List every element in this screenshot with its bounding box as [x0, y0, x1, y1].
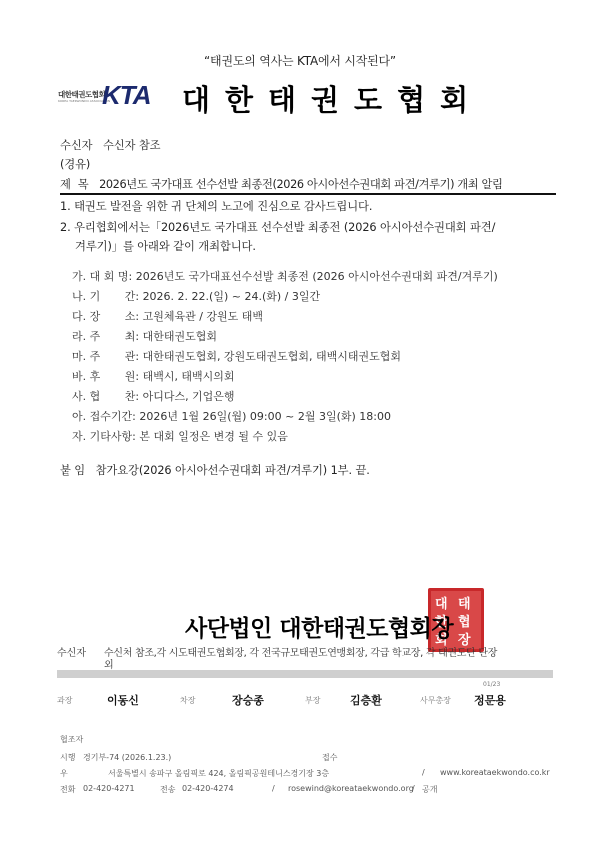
- fax-label: 전송: [160, 784, 175, 795]
- recipients-line-1: 수신처 참조,각 시도태권도협회장, 각 전국규모태권도연맹회장, 각급 학교장…: [104, 644, 497, 659]
- slogan: “태권도의 역사는 KTA에서 시작된다”: [0, 52, 600, 69]
- approval-role: 과장: [57, 695, 72, 706]
- approval-name: 김층환: [350, 692, 382, 708]
- separator: /: [272, 784, 275, 793]
- recipient-label: 수신자: [60, 139, 92, 152]
- phone-label: 전화: [60, 784, 75, 795]
- via-line: (경유): [60, 156, 90, 172]
- disclosure-status: 공개: [422, 784, 437, 795]
- postal-label: 우: [60, 768, 68, 779]
- enforcement-label: 시행: [60, 752, 75, 763]
- list-item: 다. 장 소: 고원체육관 / 강원도 태백: [72, 308, 263, 324]
- list-item: 나. 기 간: 2026. 2. 22.(일) ~ 24.(화) / 3일간: [72, 288, 320, 304]
- org-title: 대한태권도협회: [182, 78, 483, 119]
- subject-value: 2026년도 국가대표 선수선발 최종전(2026 아시아선수권대회 파견/겨루…: [99, 178, 502, 191]
- attachment-value: 참가요강(2026 아시아선수권대회 파견/겨루기) 1부. 끝.: [96, 464, 370, 477]
- approval-name: 이동신: [107, 692, 139, 708]
- subject-line: 제 목 2026년도 국가대표 선수선발 최종전(2026 아시아선수권대회 파…: [60, 176, 556, 195]
- paragraph-2-cont: 겨루기)」를 아래와 같이 개최합니다.: [75, 238, 256, 254]
- paragraph-2: 2. 우리협회에서는「2026년도 국가대표 선수선발 최종전 (2026 아시…: [60, 219, 495, 235]
- list-item: 아. 접수기간: 2026년 1월 26일(월) 09:00 ~ 2월 3일(화…: [72, 408, 391, 424]
- list-item: 라. 주 최: 대한태권도협회: [72, 328, 217, 344]
- approval-name: 장승종: [232, 692, 264, 708]
- fax-number: 02-420-4274: [182, 784, 234, 793]
- list-item: 가. 대 회 명: 2026년도 국가대표선수선발 최종전 (2026 아시아선…: [72, 268, 498, 284]
- recipients-line-2: 외: [104, 656, 114, 671]
- approval-name: 정문용: [474, 692, 506, 708]
- enforcement-value: 경기부-74 (2026.1.23.): [83, 752, 171, 763]
- subject-label: 제 목: [60, 178, 89, 191]
- signature-title: 사단법인 대한태권도협회장: [185, 610, 453, 643]
- approval-role: 부장: [305, 695, 320, 706]
- kta-logo: 대한태권도협회 KOREA TAEKWONDO ASSOCIATION KTA: [58, 80, 158, 110]
- attachment-label: 붙 임: [60, 464, 85, 477]
- phone-number: 02-420-4271: [83, 784, 135, 793]
- list-item: 사. 협 찬: 아디다스, 기업은행: [72, 388, 235, 404]
- kta-mark-icon: KTA: [102, 80, 151, 111]
- approval-role: 차장: [180, 695, 195, 706]
- approval-date: 01/23: [483, 681, 500, 688]
- list-item: 자. 기타사항: 본 대회 일정은 변경 될 수 있음: [72, 428, 288, 444]
- recipients-label: 수신자: [57, 644, 86, 659]
- list-item: 바. 후 원: 태백시, 태백시의회: [72, 368, 235, 384]
- cooperator-label: 협조자: [60, 734, 83, 745]
- recipient-value: 수신자 참조: [103, 139, 161, 152]
- paragraph-1: 1. 태권도 발전을 위한 귀 단체의 노고에 진심으로 감사드립니다.: [60, 198, 372, 214]
- separator: /: [422, 768, 425, 777]
- attachment-line: 붙 임 참가요강(2026 아시아선수권대회 파견/겨루기) 1부. 끝.: [60, 462, 370, 478]
- receipt-label: 접수: [322, 752, 337, 763]
- website-link[interactable]: www.koreataekwondo.co.kr: [440, 768, 550, 777]
- recipient-line: 수신자 수신자 참조: [60, 137, 161, 153]
- address: 서울특별시 송파구 올림픽로 424, 올림픽공원테니스경기장 3층: [108, 768, 329, 779]
- email-link[interactable]: rosewind@koreataekwondo.org: [288, 784, 414, 793]
- list-item: 마. 주 관: 대한태권도협회, 강원도태권도협회, 태백시태권도협회: [72, 348, 401, 364]
- separator: /: [412, 784, 415, 793]
- approval-role: 사무총장: [420, 695, 451, 706]
- divider-bar: [57, 670, 553, 678]
